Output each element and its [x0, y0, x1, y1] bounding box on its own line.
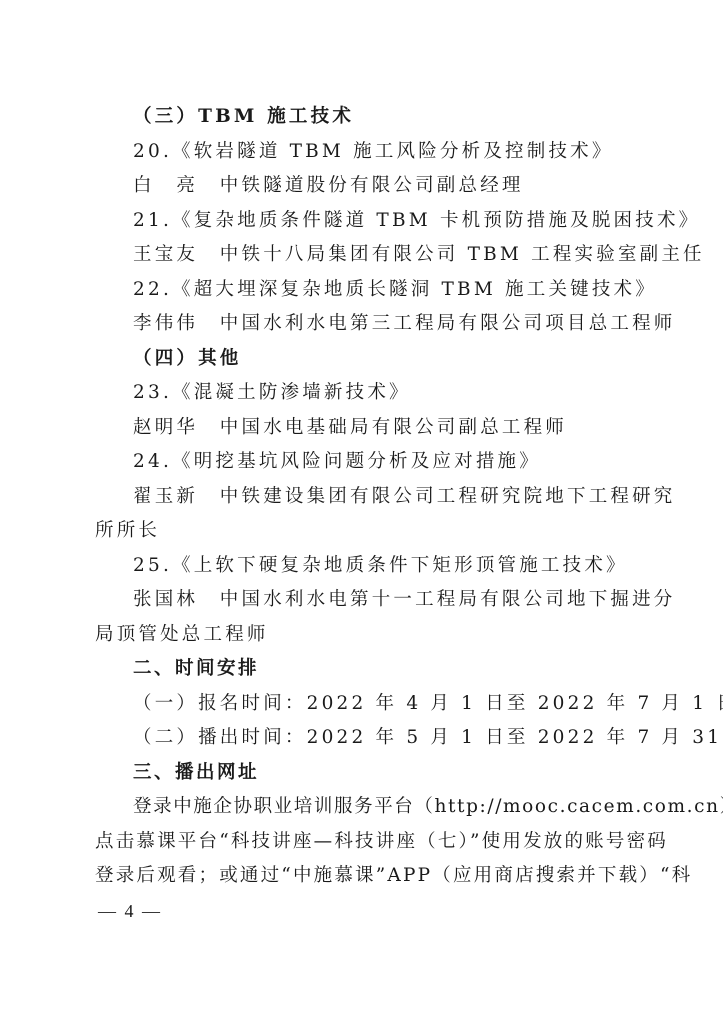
lecture-speaker-22: 李伟伟 中国水利水电第三工程局有限公司项目总工程师 — [133, 307, 643, 341]
lecture-title-22: 22.《超大埋深复杂地质长隧洞 TBM 施工关键技术》 — [133, 273, 643, 307]
section-heading-tbm: （三）TBM 施工技术 — [133, 100, 643, 134]
lecture-speaker-25-line2: 局顶管处总工程师 — [95, 618, 643, 652]
broadcast-url-paragraph-line2: 点击慕课平台“科技讲座—科技讲座（七）”使用发放的账号密码 — [95, 825, 643, 859]
lecture-title-21: 21.《复杂地质条件隧道 TBM 卡机预防措施及脱困技术》 — [133, 204, 643, 238]
broadcast-url-paragraph-line3: 登录后观看；或通过“中施慕课”APP（应用商店搜索并下载）“科 — [95, 859, 643, 893]
lecture-speaker-21: 王宝友 中铁十八局集团有限公司 TBM 工程实验室副主任 — [133, 238, 643, 272]
lecture-title-25: 25.《上软下硬复杂地质条件下矩形顶管施工技术》 — [133, 549, 643, 583]
page-number: — 4 — — [98, 896, 162, 926]
heading-schedule: 二、时间安排 — [133, 652, 643, 686]
lecture-speaker-25-line1: 张国林 中国水利水电第十一工程局有限公司地下掘进分 — [133, 583, 643, 617]
lecture-title-24: 24.《明挖基坑风险问题分析及应对措施》 — [133, 445, 643, 479]
section-heading-other: （四）其他 — [133, 342, 643, 376]
document-page: （三）TBM 施工技术 20.《软岩隧道 TBM 施工风险分析及控制技术》 白 … — [0, 0, 723, 1024]
lecture-title-23: 23.《混凝土防渗墙新技术》 — [133, 376, 643, 410]
lecture-speaker-23: 赵明华 中国水电基础局有限公司副总工程师 — [133, 411, 643, 445]
lecture-title-20: 20.《软岩隧道 TBM 施工风险分析及控制技术》 — [133, 135, 643, 169]
lecture-speaker-24-line2: 所所长 — [95, 514, 643, 548]
broadcast-time: （二）播出时间：2022 年 5 月 1 日至 2022 年 7 月 31 日。 — [133, 721, 643, 755]
registration-time: （一）报名时间：2022 年 4 月 1 日至 2022 年 7 月 1 日。 — [133, 687, 643, 721]
lecture-speaker-20: 白 亮 中铁隧道股份有限公司副总经理 — [133, 169, 643, 203]
heading-broadcast-url: 三、播出网址 — [133, 756, 643, 790]
broadcast-url-paragraph-line1: 登录中施企协职业培训服务平台（http://mooc.cacem.com.cn）… — [133, 790, 643, 824]
lecture-speaker-24-line1: 翟玉新 中铁建设集团有限公司工程研究院地下工程研究 — [133, 480, 643, 514]
